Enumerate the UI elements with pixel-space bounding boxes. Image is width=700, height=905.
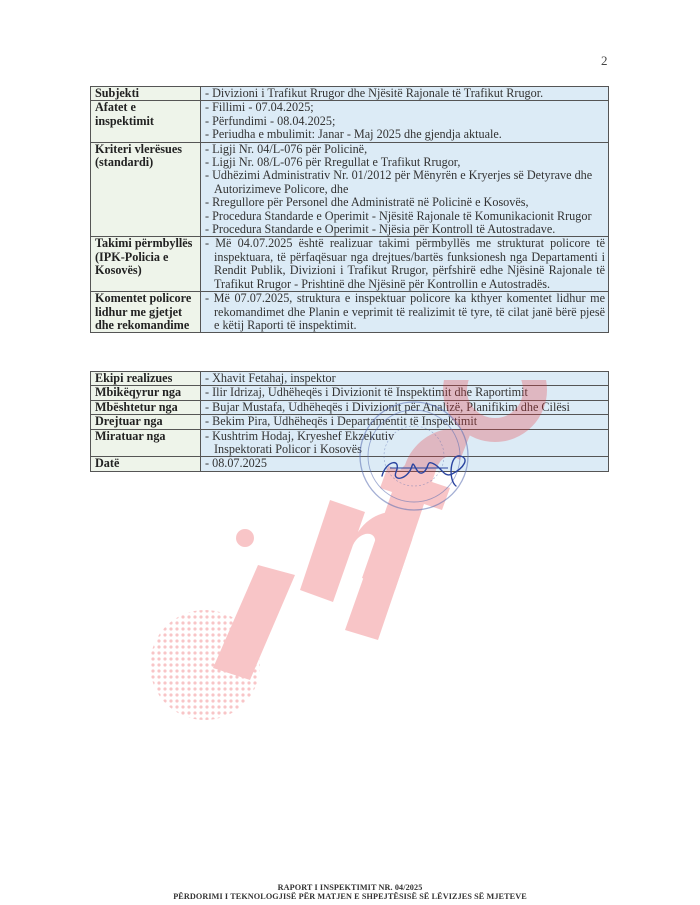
table-row: Takimi përmbyllës (IPK-Policia e Kosovës… [91,237,609,292]
table-row: Miratuar nga - Kushtrim Hodaj, Kryeshef … [91,429,609,457]
list-item: - Ligji Nr. 04/L-076 për Policinë, [205,143,605,156]
list-item: - Procedura Standarde e Operimit - Njësi… [205,223,605,236]
row-value: - Më 04.07.2025 është realizuar takimi p… [201,237,609,292]
row-value: - Ilir Idrizaj, Udhëheqës i Divizionit t… [201,386,609,400]
row-label: Subjekti [91,87,201,101]
row-label: Drejtuar nga [91,415,201,429]
row-label: Afatet e inspektimit [91,101,201,142]
row-value: - Ligji Nr. 04/L-076 për Policinë, - Lig… [201,142,609,237]
inspection-team-table: Ekipi realizues - Xhavit Fetahaj, inspek… [90,371,609,472]
list-item: - Ligji Nr. 08/L-076 për Rregullat e Tra… [205,156,605,169]
row-label: Miratuar nga [91,429,201,457]
page-number: 2 [601,53,608,69]
row-label: Ekipi realizues [91,372,201,386]
row-label: Komentet policore lidhur me gjetjet dhe … [91,292,201,333]
list-item: - Fillimi - 07.04.2025; [205,101,605,114]
row-label: Kriteri vlerësues (standardi) [91,142,201,237]
table-row: Datë - 08.07.2025 [91,457,609,471]
report-title: PËRDORIMI I TEKNOLOGJISË PËR MATJEN E SH… [0,892,700,901]
list-item: - Procedura Standarde e Operimit - Njësi… [205,210,605,223]
table-row: Drejtuar nga - Bekim Pira, Udhëheqës i D… [91,415,609,429]
table-row: Ekipi realizues - Xhavit Fetahaj, inspek… [91,372,609,386]
inspection-details-table: Subjekti - Divizioni i Trafikut Rrugor d… [90,86,609,333]
list-item: - Periudha e mbulimit: Janar - Maj 2025 … [205,128,605,141]
report-number: RAPORT I INSPEKTIMIT NR. 04/2025 [0,883,700,892]
row-value: - Xhavit Fetahaj, inspektor [201,372,609,386]
list-item: - Më 04.07.2025 është realizuar takimi p… [205,237,605,291]
row-value: - Divizioni i Trafikut Rrugor dhe Njësit… [201,87,609,101]
row-value: - Kushtrim Hodaj, Kryeshef Ekzekutiv Ins… [201,429,609,457]
table-row: Komentet policore lidhur me gjetjet dhe … [91,292,609,333]
row-value: - Më 07.07.2025, struktura e inspektuar … [201,292,609,333]
row-label: Takimi përmbyllës (IPK-Policia e Kosovës… [91,237,201,292]
row-value: - Bujar Mustafa, Udhëheqës i Divizionit … [201,400,609,414]
approver-name: - Kushtrim Hodaj, Kryeshef Ekzekutiv [205,430,605,443]
row-label: Datë [91,457,201,471]
row-label: Mbikëqyrur nga [91,386,201,400]
list-item: - Divizioni i Trafikut Rrugor dhe Njësit… [205,87,605,100]
approver-institution: Inspektorati Policor i Kosovës [205,443,605,456]
row-value: - Fillimi - 07.04.2025; - Përfundimi - 0… [201,101,609,142]
list-item: - Rregullore për Personel dhe Administra… [205,196,605,209]
list-item: - Përfundimi - 08.04.2025; [205,115,605,128]
table-row: Mbështetur nga - Bujar Mustafa, Udhëheqë… [91,400,609,414]
row-label: Mbështetur nga [91,400,201,414]
table-row: Mbikëqyrur nga - Ilir Idrizaj, Udhëheqës… [91,386,609,400]
list-item: - Udhëzimi Administrativ Nr. 01/2012 për… [205,169,605,196]
row-value: - Bekim Pira, Udhëheqës i Departamentit … [201,415,609,429]
table-row: Kriteri vlerësues (standardi) - Ligji Nr… [91,142,609,237]
row-value: - 08.07.2025 [201,457,609,471]
list-item: - Më 07.07.2025, struktura e inspektuar … [205,292,605,332]
table-row: Afatet e inspektimit - Fillimi - 07.04.2… [91,101,609,142]
table-row: Subjekti - Divizioni i Trafikut Rrugor d… [91,87,609,101]
page-footer: RAPORT I INSPEKTIMIT NR. 04/2025 PËRDORI… [0,883,700,901]
